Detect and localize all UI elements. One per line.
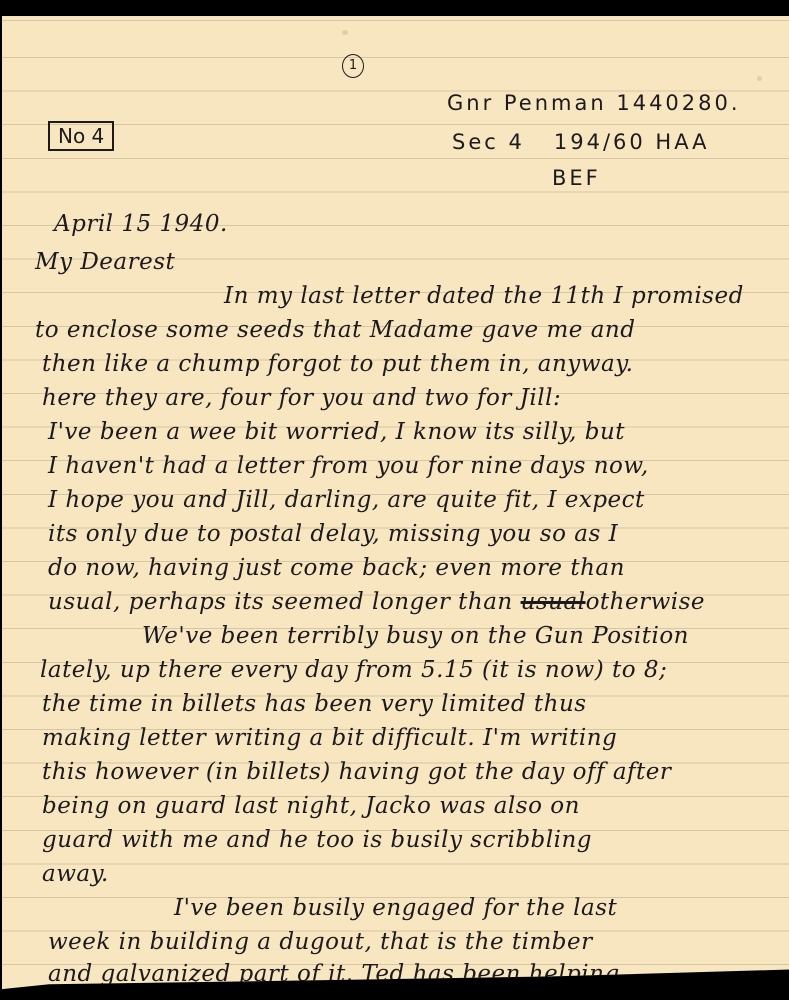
letter-line: the time in billets has been very limite… — [42, 691, 587, 717]
letter-line: I've been a wee bit worried, I know its … — [48, 419, 625, 445]
sender-force: BEF — [552, 166, 601, 190]
letter-page: 1 No 4 Gnr Penman 1440280. Sec 4 194/60 … — [2, 16, 789, 994]
letter-line: I've been busily engaged for the last — [174, 895, 617, 921]
letter-line: being on guard last night, Jacko was als… — [42, 793, 580, 819]
letter-line: its only due to postal delay, missing yo… — [48, 521, 618, 547]
sender-rank-name: Gnr Penman 1440280. — [447, 91, 741, 115]
letter-line: usual, perhaps its seemed longer than us… — [48, 589, 705, 615]
letter-line: I hope you and Jill, darling, are quite … — [48, 487, 645, 513]
letter-number-box: No 4 — [48, 121, 114, 151]
letter-line: In my last letter dated the 11th I promi… — [224, 283, 744, 309]
letter-date: April 15 1940. — [54, 211, 228, 237]
letter-line: We've been terribly busy on the Gun Posi… — [142, 623, 689, 649]
line-text: otherwise — [586, 589, 705, 615]
letter-line: week in building a dugout, that is the t… — [48, 929, 593, 955]
letter-line: and galvanized part of it. Ted has been … — [48, 961, 620, 987]
letter-line: this however (in billets) having got the… — [42, 759, 671, 785]
letter-line: lately, up there every day from 5.15 (it… — [40, 657, 667, 683]
letter-line: here they are, four for you and two for … — [42, 385, 561, 411]
salutation: My Dearest — [35, 249, 175, 275]
page-number: 1 — [342, 54, 364, 78]
letter-line: making letter writing a bit difficult. I… — [42, 725, 617, 751]
letter-line: away. — [42, 861, 109, 887]
sender-unit: Sec 4 194/60 HAA — [452, 130, 710, 154]
letter-line: to enclose some seeds that Madame gave m… — [35, 317, 635, 343]
paper-stain — [342, 30, 348, 35]
letter-line: guard with me and he too is busily scrib… — [42, 827, 592, 853]
letter-line: do now, having just come back; even more… — [48, 555, 625, 581]
line-text: usual, perhaps its seemed longer than — [48, 589, 521, 615]
letter-line: I haven't had a letter from you for nine… — [48, 453, 649, 479]
paper-stain — [757, 76, 762, 81]
letter-line: then like a chump forgot to put them in,… — [42, 351, 633, 377]
struck-word: usual — [521, 589, 586, 615]
